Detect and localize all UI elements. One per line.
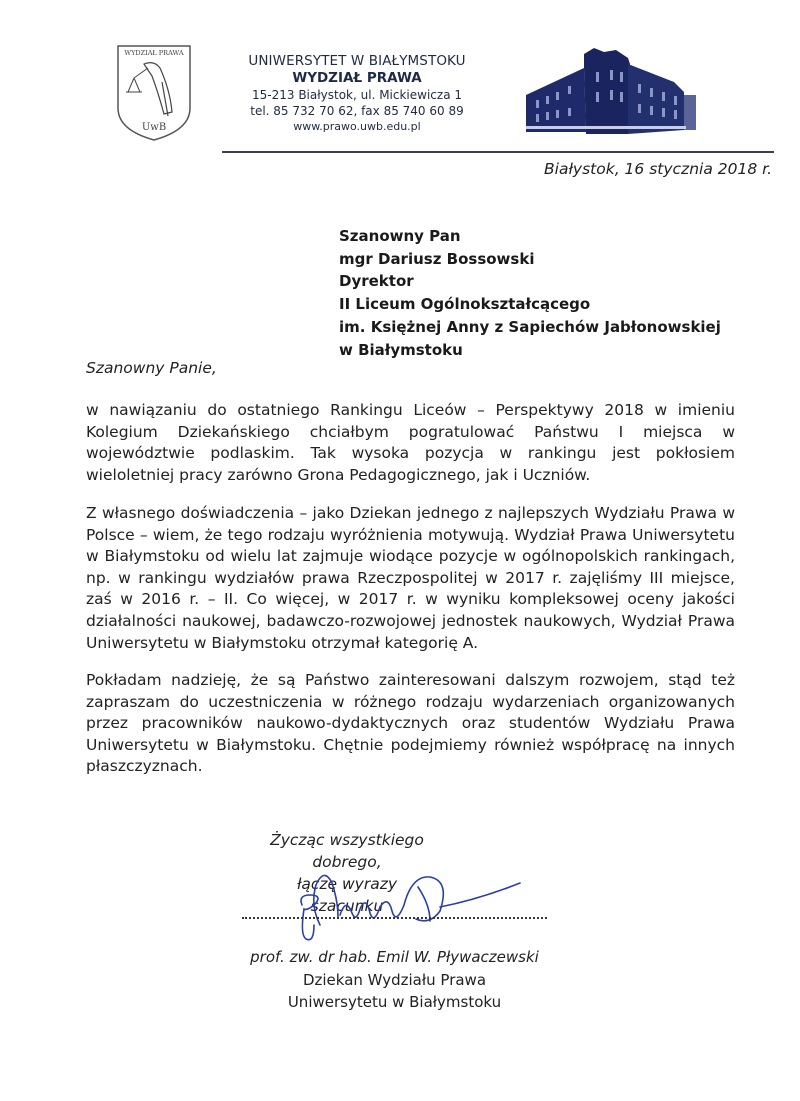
signer-block: prof. zw. dr hab. Emil W. Pływaczewski D… <box>242 946 547 1014</box>
addressee-block: Szanowny Pan mgr Dariusz Bossowski Dyrek… <box>339 225 721 361</box>
addressee-line: im. Księżnej Anny z Sapiechów Jabłonowsk… <box>339 316 721 339</box>
body-paragraph-1: w nawiązaniu do ostatniego Rankingu Lice… <box>86 400 735 486</box>
address: 15-213 Białystok, ul. Mickiewicza 1 <box>222 87 492 103</box>
body-paragraph-3: Pokładam nadzieję, że są Państwo zainter… <box>86 670 735 778</box>
signature-line <box>242 917 547 919</box>
crest-monogram: UwB <box>142 122 166 133</box>
addressee-line: mgr Dariusz Bossowski <box>339 248 721 271</box>
addressee-line: Dyrektor <box>339 270 721 293</box>
addressee-line: II Liceum Ogólnokształcącego <box>339 293 721 316</box>
handwritten-signature <box>280 865 540 945</box>
website-link: www.prawo.uwb.edu.pl <box>222 119 492 135</box>
letter-date: Białystok, 16 stycznia 2018 r. <box>544 160 772 178</box>
university-name: UNIWERSYTET W BIAŁYMSTOKU <box>222 53 492 70</box>
crest-label: WYDZIAŁ PRAWA <box>124 49 183 57</box>
header-divider <box>222 151 774 153</box>
phone-fax: tel. 85 732 70 62, fax 85 740 60 89 <box>222 103 492 119</box>
faculty-building-image <box>524 40 699 140</box>
signer-institution: Uniwersytetu w Białymstoku <box>242 991 547 1014</box>
salutation: Szanowny Panie, <box>86 359 217 377</box>
signer-title: Dziekan Wydziału Prawa <box>242 969 547 992</box>
faculty-name: WYDZIAŁ PRAWA <box>222 70 492 87</box>
addressee-line: w Białymstoku <box>339 339 721 362</box>
letterhead-text: UNIWERSYTET W BIAŁYMSTOKU WYDZIAŁ PRAWA … <box>222 53 492 135</box>
faculty-crest-logo: WYDZIAŁ PRAWA UwB <box>114 42 194 142</box>
addressee-line: Szanowny Pan <box>339 225 721 248</box>
signer-name: prof. zw. dr hab. Emil W. Pływaczewski <box>242 946 547 969</box>
body-paragraph-2: Z własnego doświadczenia – jako Dziekan … <box>86 503 735 654</box>
